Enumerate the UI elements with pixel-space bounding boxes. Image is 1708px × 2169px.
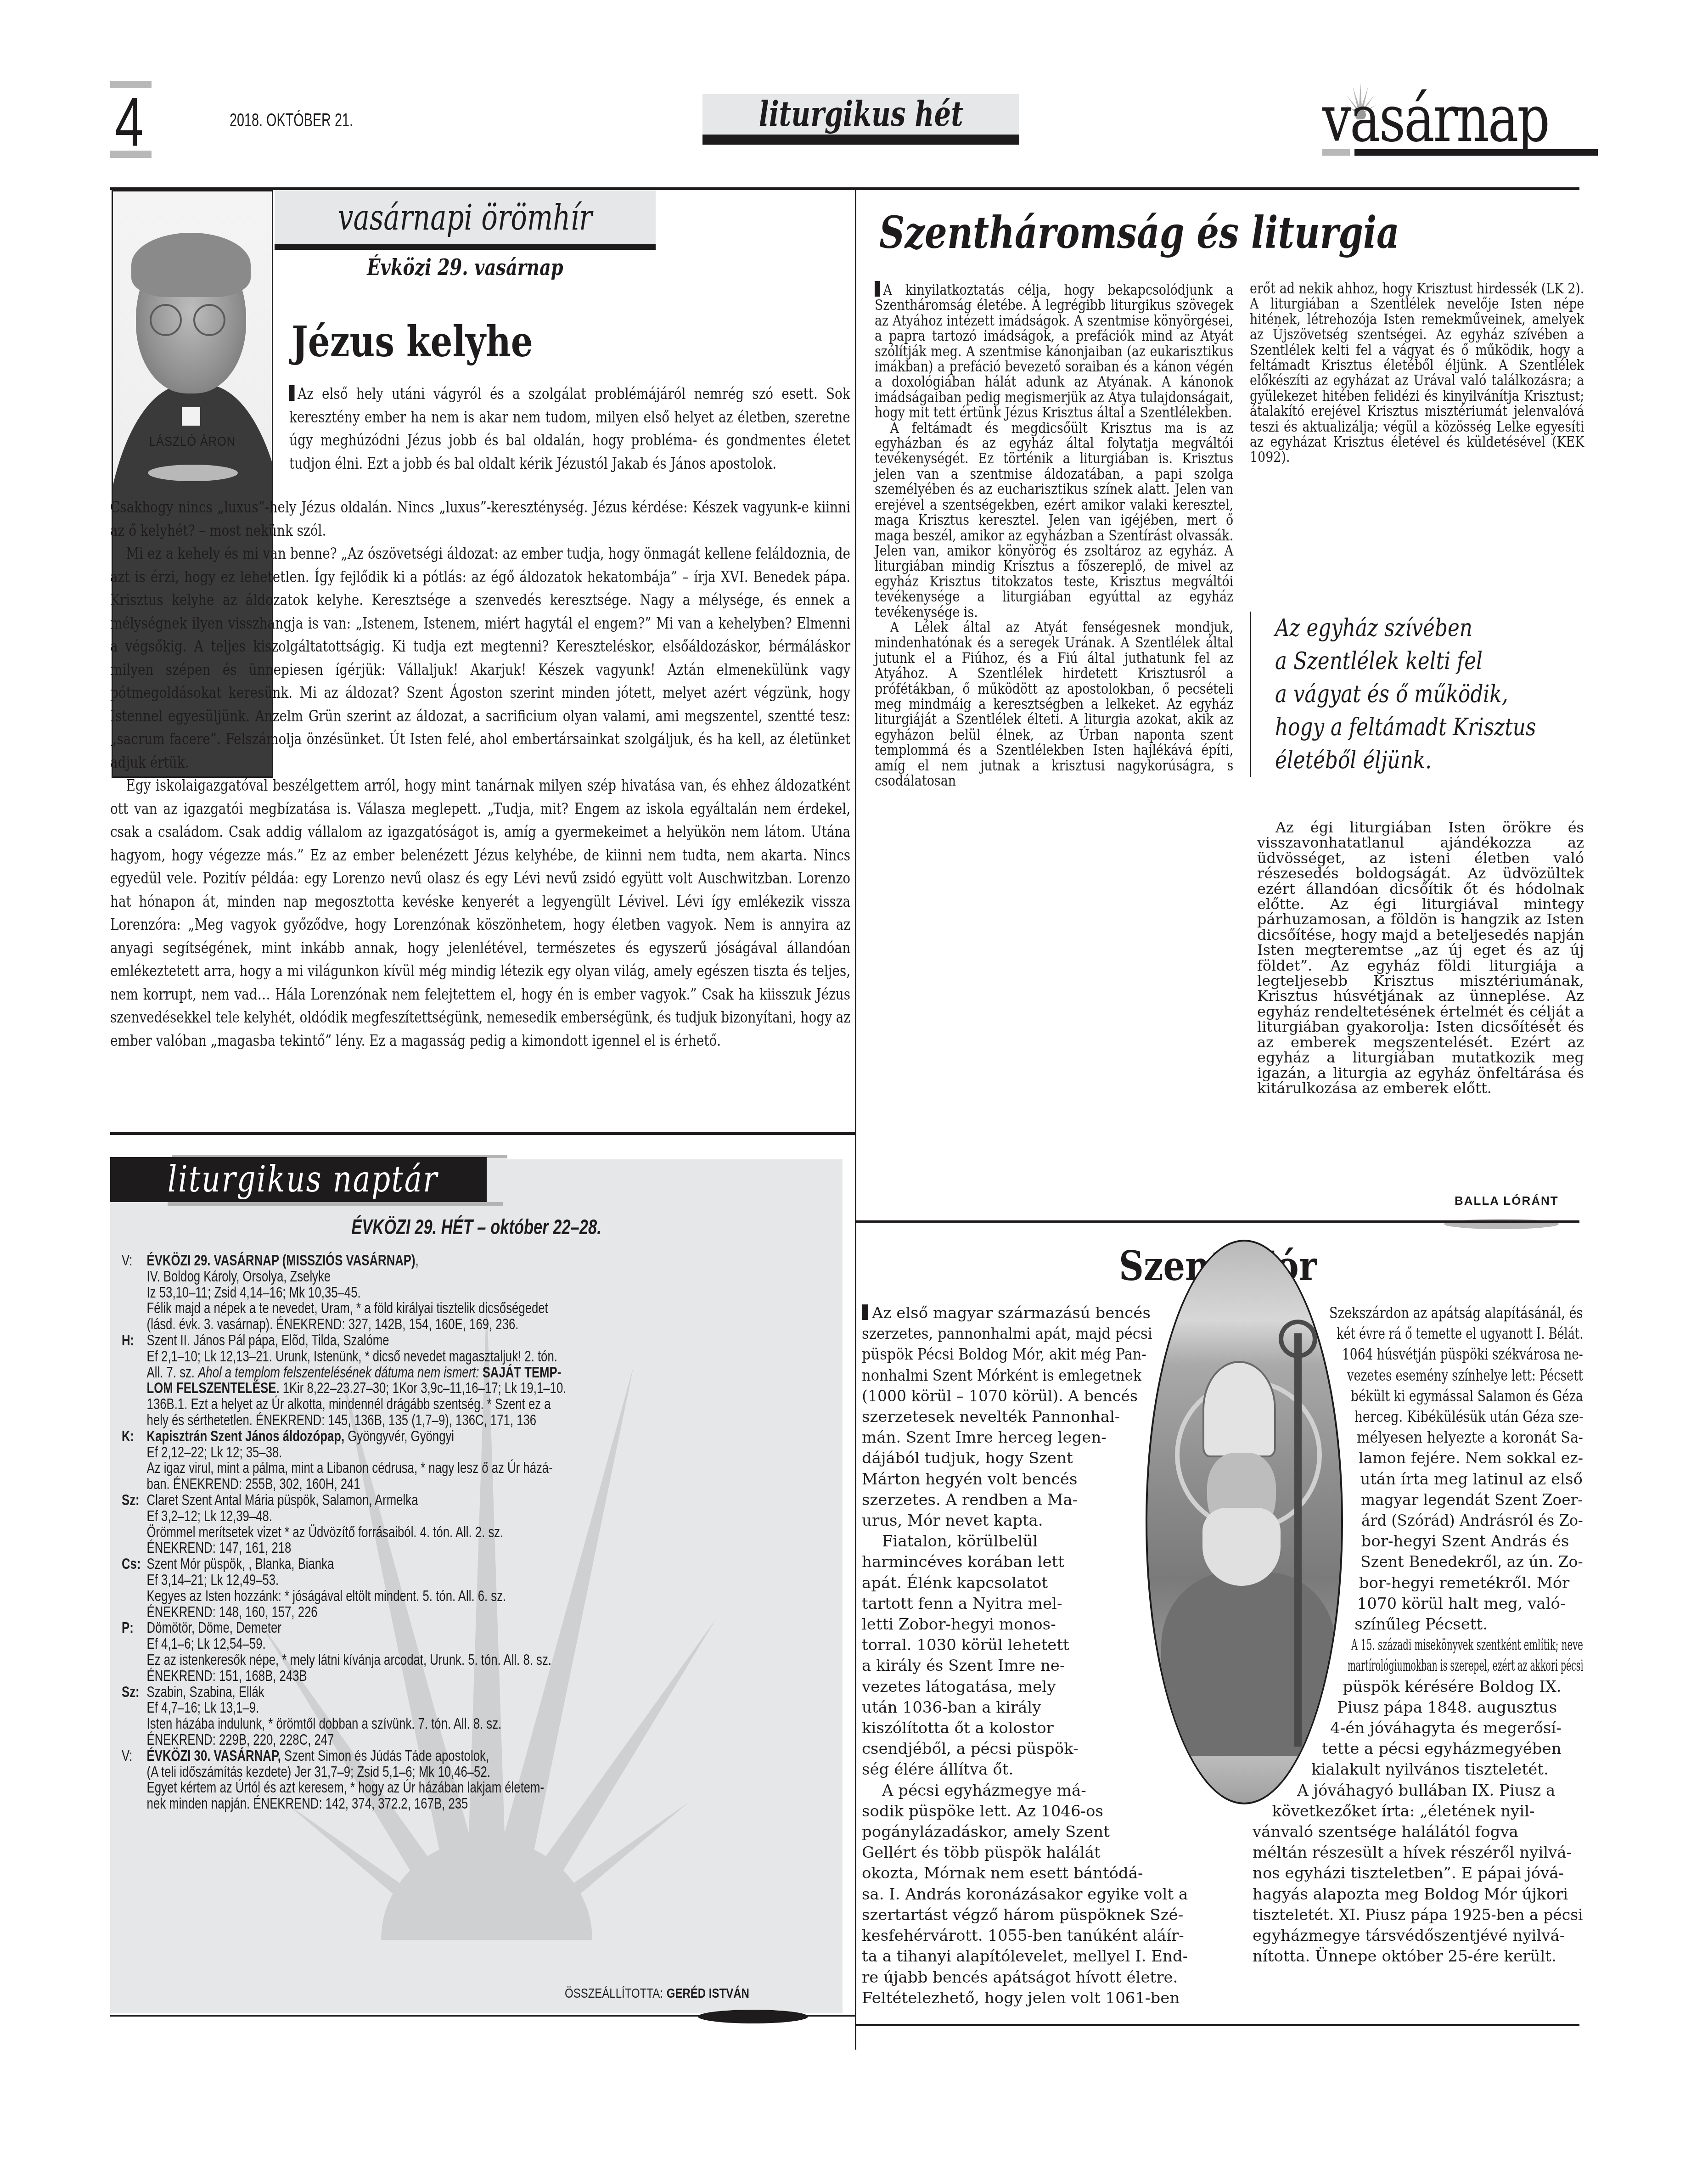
- calendar-entry-text: Dömötör, Döme, DemeterEf 4,1–6; Lk 12,54…: [147, 1620, 551, 1684]
- calendar-entry-text: Szent Mór püspök, , Blanka, BiankaEf 3,1…: [147, 1556, 506, 1620]
- article-line: vezetes látogatása, mely: [862, 1677, 1146, 1697]
- logo-underline: [1354, 149, 1598, 156]
- article-headline: Jézus kelyhe: [292, 317, 533, 366]
- calendar-credit: ÖSSZEÁLLÍTOTTA:GERÉD ISTVÁN: [565, 1986, 749, 2001]
- article-line: színűleg Pécsett.: [1354, 1614, 1583, 1635]
- mor-column-1: Az első magyar származású bencésszerzete…: [862, 1303, 1211, 2009]
- article-paragraph: erőt ad nekik ahhoz, hogy Krisztust hird…: [1250, 281, 1584, 465]
- calendar-line: ÉNEKREND: 147, 161, 218: [147, 1540, 504, 1556]
- article-line: mélyesen helyezte a koronát Sa-: [1357, 1427, 1583, 1448]
- article-line: Feltételezhető, hogy jelen volt 1061-ben: [862, 1988, 1211, 2009]
- article-line: nította. Ünnepe október 25-ére került.: [1253, 1946, 1583, 1967]
- article-paragraph: Az égi liturgiában Isten örökre és vissz…: [1257, 820, 1584, 1096]
- article-line: A 15. századi misekönyvek szentként emlí…: [1351, 1635, 1583, 1656]
- article-line: A pécsi egyházmegye má-: [862, 1781, 1191, 1801]
- article-line: apát. Élénk kapcsolatot: [862, 1573, 1129, 1594]
- calendar-entry: Sz: Szabin, Szabina, EllákEf 4,7–16; Lk …: [122, 1684, 831, 1748]
- liturgical-occasion: Évközi 29. vasárnap: [313, 255, 618, 281]
- calendar-line: Ef 3,2–12; Lk 12,39–48.: [147, 1508, 504, 1524]
- section-label-text: liturgikus hét: [758, 95, 963, 134]
- article-line: tette a pécsi egyházmegyében: [1322, 1739, 1583, 1759]
- mor-column-2: Szekszárdon az apátság alapításánál, ésk…: [1253, 1303, 1583, 1967]
- calendar-line: Kegyes az Isten hozzánk: * jóságával elt…: [147, 1588, 506, 1604]
- calendar-line: ÉVKÖZI 29. VASÁRNAP (MISSZIÓS VASÁRNAP),: [147, 1253, 548, 1269]
- article-line: Fiatalon, körülbelül: [862, 1531, 1128, 1552]
- article-line: árd (Szórád) Andrásról és Zo-: [1361, 1511, 1583, 1531]
- calendar-line: Ef 2,12–22; Lk 12; 35–38.: [147, 1444, 553, 1461]
- article-line: után írta meg latinul az első: [1360, 1469, 1583, 1490]
- issue-date: 2018. OKTÓBER 21.: [230, 110, 353, 131]
- calendar-line: Iz 53,10–11; Zsid 4,14–16; Mk 10,35–45.: [147, 1285, 548, 1301]
- article-line: bor-hegyi remetékről. Mór: [1359, 1573, 1583, 1594]
- article-line: Márton hegyén volt bencés: [862, 1469, 1128, 1490]
- calendar-line: All. 7. sz. Ahol a templom felszentelésé…: [147, 1365, 567, 1381]
- calendar-line: Ef 3,14–21; Lk 12,49–53.: [147, 1572, 506, 1588]
- article-end-rule: [110, 1132, 855, 1135]
- article-line: Szekszárdon az apátság alapításánál, és: [1329, 1303, 1583, 1324]
- calendar-day: H:: [122, 1332, 147, 1428]
- calendar-entry-text: Claret Szent Antal Mária püspök, Salamon…: [147, 1492, 504, 1556]
- calendar-line: ÉVKÖZI 30. VASÁRNAP, Szent Simon és Júdá…: [147, 1748, 545, 1764]
- calendar-line: IV. Boldog Károly, Orsolya, Zselyke: [147, 1269, 548, 1285]
- calendar-line: Ef 2,1–10; Lk 12,13–21. Urunk, Istenünk,…: [147, 1349, 567, 1365]
- logo-underline-accent: [1322, 149, 1350, 156]
- lead-marker-icon: [862, 1304, 868, 1320]
- calendar-line: Egyet kértem az Úrtól és azt keresem, * …: [147, 1780, 545, 1796]
- article-headline-trinity: Szentháromság és liturgia: [879, 207, 1399, 258]
- calendar-line: (lásd. évk. 3. vasárnap). ÉNEKREND: 327,…: [147, 1316, 548, 1332]
- article-paragraph: Egy iskolaigazgatóval beszélgettem arról…: [110, 774, 850, 1052]
- calendar-line: Ez az istenkeresők népe, * mely látni kí…: [147, 1652, 551, 1668]
- article-line: a király és Szent Imre ne-: [862, 1656, 1141, 1676]
- calendar-line: hely és sérthetetlen. ÉNEKREND: 145, 136…: [147, 1412, 567, 1428]
- article-paragraph: A feltámadt és megdicsőült Krisztus ma i…: [875, 421, 1233, 620]
- article-line: sa. I. András koronázásakor egyike volt …: [862, 1884, 1211, 1905]
- calendar-day: V:: [122, 1748, 147, 1812]
- calendar-line: Szent II. János Pál pápa, Elõd, Tilda, S…: [147, 1332, 567, 1349]
- article-line: tartott fenn a Nyitra mel-: [862, 1594, 1131, 1614]
- calendar-title: liturgikus naptár: [110, 1157, 487, 1202]
- calendar-line: Ef 4,7–16; Lk 13,1–9.: [147, 1700, 502, 1716]
- article-line: vezetes esemény színhelye lett: Pécsett: [1347, 1365, 1583, 1386]
- article-line: szerzetes. A rendben a Ma-: [862, 1490, 1128, 1511]
- article-paragraph: Csakhogy nincs „luxus”-hely Jézus oldalá…: [110, 496, 850, 542]
- calendar-end-oval-ornament: [698, 2010, 808, 2023]
- calendar-entry: V: ÉVKÖZI 30. VASÁRNAP, Szent Simon és J…: [122, 1748, 831, 1812]
- calendar-line: Szabin, Szabina, Ellák: [147, 1684, 502, 1700]
- byline: BALLA LÓRÁNT: [1455, 1194, 1559, 1208]
- article-line: hagyás alapozta meg Boldog Mór újkori: [1253, 1884, 1583, 1905]
- article-paragraph: A Lélek által az Atyát fenségesnek mondj…: [875, 620, 1233, 788]
- section-rule: [856, 1220, 1579, 1223]
- article-line: tiszteletét. XI. Piusz pápa 1925-ben a p…: [1253, 1905, 1583, 1926]
- calendar-line: ÉNEKREND: 151, 168B, 243B: [147, 1668, 551, 1684]
- calendar-line: LOM FELSZENTELÉSE. 1Kir 8,22–23.27–30; 1…: [147, 1380, 567, 1396]
- column-kicker: vasárnapi örömhír: [275, 190, 656, 250]
- article-line: után 1036-ban a király: [862, 1697, 1152, 1718]
- calendar-line: Kapisztrán Szent János áldozópap, Gyöngy…: [147, 1428, 553, 1444]
- calendar-title-text: liturgikus naptár: [168, 1159, 438, 1200]
- calendar-line: Az igaz virul, mint a pálma, mint a Liba…: [147, 1460, 553, 1476]
- article-line: letti Zobor-hegyi monos-: [862, 1614, 1134, 1635]
- article-line: kesfehérvárott. 1055-ben tanúként aláír-: [862, 1926, 1211, 1946]
- article-line: vánvaló szentsége halálától fogva: [1253, 1822, 1583, 1843]
- article-line: bor-hegyi Szent András és: [1361, 1531, 1583, 1552]
- article-line: két évre rá ő temette el ugyanott I. Bél…: [1337, 1324, 1583, 1344]
- calendar-line: nek minden napján. ÉNEKREND: 142, 374, 3…: [147, 1796, 545, 1812]
- article-line: herceg. Kibékülésük után Géza sze-: [1354, 1407, 1583, 1427]
- calendar-line: ÉNEKREND: 229B, 220, 228C, 247: [147, 1732, 502, 1748]
- article-line: Gellért és több püspök halálát: [862, 1843, 1211, 1863]
- masthead-logo-text: vasárnap: [1322, 87, 1549, 152]
- article-line: szertartást végző három püspöknek Szé-: [862, 1905, 1211, 1926]
- calendar-day: Sz:: [122, 1684, 147, 1748]
- article-line: püspök kérésére Boldog IX.: [1343, 1677, 1583, 1697]
- column-divider: [855, 190, 856, 2050]
- article-line: okozta, Mórnak nem esett bántódá-: [862, 1863, 1211, 1884]
- calendar-line: ÉNEKREND: 148, 160, 157, 226: [147, 1604, 506, 1620]
- article-line: 1070 körül halt meg, való-: [1357, 1594, 1583, 1614]
- article-line: A jóváhagyó bullában IX. Piusz a: [1297, 1781, 1583, 1801]
- page-number-bar-bottom: [110, 151, 152, 158]
- article-line: lamon fejére. Nem sokkal ez-: [1359, 1448, 1583, 1469]
- column-kicker-text: vasárnapi örömhír: [338, 197, 592, 238]
- article-line: sodik püspöke lett. Az 1046-os: [862, 1801, 1211, 1822]
- section-label: liturgikus hét: [702, 94, 1019, 145]
- calendar-line: (A teli időszámítás kezdete) Jer 31,7–9;…: [147, 1764, 545, 1780]
- article-line: Piusz pápa 1848. augusztus: [1337, 1697, 1583, 1718]
- article-line: csendjéből, a pécsi püspök-: [862, 1739, 1167, 1759]
- article-body: Csakhogy nincs „luxus”-hely Jézus oldalá…: [110, 496, 850, 1052]
- article-line: kiszólította őt a kolostor: [862, 1718, 1158, 1739]
- trinity-column-1: A kinyilatkoztatás célja, hogy bekapcsol…: [875, 281, 1233, 788]
- calendar-entry: V: ÉVKÖZI 29. VASÁRNAP (MISSZIÓS VASÁRNA…: [122, 1253, 831, 1332]
- calendar-line: Félik majd a népek a te nevedet, Uram, *…: [147, 1300, 548, 1316]
- calendar-day: P:: [122, 1620, 147, 1684]
- calendar-day: Cs:: [122, 1556, 147, 1620]
- calendar-entry-text: Kapisztrán Szent János áldozópap, Gyöngy…: [147, 1428, 553, 1492]
- article-line: következőket írta: „életének nyil-: [1272, 1801, 1583, 1822]
- author-oval-ornament: [148, 465, 238, 481]
- calendar-entries: V: ÉVKÖZI 29. VASÁRNAP (MISSZIÓS VASÁRNA…: [122, 1253, 831, 1812]
- calendar-line: Isten házába indulunk, * örömtől dobban …: [147, 1716, 502, 1732]
- article-line: urus, Mór nevet kapta.: [862, 1511, 1127, 1531]
- calendar-entry: K: Kapisztrán Szent János áldozópap, Gyö…: [122, 1428, 831, 1492]
- lead-marker-icon: [875, 281, 880, 297]
- article-line: ta a tihanyi alapítólevelet, mellyel I. …: [862, 1946, 1211, 1967]
- calendar-line: Claret Szent Antal Mária püspök, Salamon…: [147, 1492, 504, 1508]
- article-line: torral. 1030 körül lehetett: [862, 1635, 1137, 1656]
- calendar-entry-text: ÉVKÖZI 29. VASÁRNAP (MISSZIÓS VASÁRNAP),…: [147, 1253, 548, 1332]
- article-line: nonhalmi Szent Mórként is emlegetnek: [862, 1365, 1141, 1386]
- trinity-column-2: erőt ad nekik ahhoz, hogy Krisztust hird…: [1250, 281, 1584, 465]
- calendar-line: 136B.1. Ezt a helyet az Úr alkotta, mind…: [147, 1396, 567, 1412]
- article-paragraph: A kinyilatkoztatás célja, hogy bekapcsol…: [875, 281, 1233, 421]
- calendar-credit-name: GERÉD ISTVÁN: [667, 1986, 749, 2001]
- calendar-entry: H: Szent II. János Pál pápa, Elõd, Tilda…: [122, 1332, 831, 1428]
- calendar-day: Sz:: [122, 1492, 147, 1556]
- calendar-credit-label: ÖSSZEÁLLÍTOTTA:: [565, 1986, 663, 2001]
- article-line: magyar legendát Szent Zoer-: [1361, 1490, 1583, 1511]
- article-line: szerzetes, pannonhalmi apát, majd pécsi: [862, 1324, 1152, 1344]
- article-line: szerzetesek nevelték Pannonhal-: [862, 1407, 1134, 1427]
- article-line: egyházmegye társvédőszentjévé nyilvá-: [1253, 1926, 1583, 1946]
- article-line: harmincéves korában lett: [862, 1552, 1128, 1573]
- calendar-entry-text: Szent II. János Pál pápa, Elõd, Tilda, S…: [147, 1332, 567, 1428]
- calendar-entry-text: Szabin, Szabina, EllákEf 4,7–16; Lk 13,1…: [147, 1684, 502, 1748]
- article-line: püspök Pécsi Boldog Mór, akit még Pan-: [862, 1344, 1146, 1365]
- calendar-line: Örömmel merítsetek vizet * az Üdvözítő f…: [147, 1524, 504, 1540]
- calendar-entry-text: ÉVKÖZI 30. VASÁRNAP, Szent Simon és Júdá…: [147, 1748, 545, 1812]
- article-end-rule: [856, 2024, 1579, 2026]
- calendar-day: K:: [122, 1428, 147, 1492]
- article-line: ség élére állítva őt.: [862, 1759, 1177, 1780]
- article-line: 1064 húsvétján püspöki székvárosa ne-: [1342, 1344, 1583, 1365]
- article-line: Szent Benedekről, az ún. Zo-: [1360, 1552, 1583, 1573]
- article-line: méltán részesült a hívek részéről nyilvá…: [1253, 1843, 1583, 1863]
- article-line: pogánylázadáskor, amely Szent: [862, 1822, 1211, 1843]
- calendar-line: Szent Mór püspök, , Blanka, Bianka: [147, 1556, 506, 1572]
- article-paragraph: Mi ez a kehely és mi van benne? „Az ószö…: [110, 542, 850, 774]
- calendar-entry: Sz: Claret Szent Antal Mária püspök, Sal…: [122, 1492, 831, 1556]
- article-line: martírológiumokban is szerepel, ezért az…: [1348, 1656, 1583, 1676]
- article-line: re újabb bencés apátságot hívott életre.: [862, 1967, 1211, 1988]
- article-line: békült ki egymással Salamon és Géza: [1351, 1386, 1583, 1407]
- calendar-day: V:: [122, 1253, 147, 1332]
- page-number: 4: [115, 87, 144, 156]
- article-line: mán. Szent Imre herceg legen-: [862, 1427, 1132, 1448]
- calendar-entry: Cs: Szent Mór püspök, , Blanka, BiankaEf…: [122, 1556, 831, 1620]
- article-line: Az első magyar származású bencés: [862, 1303, 1159, 1324]
- pull-quote: Az egyház szívében a Szentlélek kelti fe…: [1250, 612, 1584, 777]
- article-line: 4-én jóváhagyta és megerősí-: [1330, 1718, 1583, 1739]
- article-lead-paragraph: Az első hely utáni vágyról és a szolgála…: [289, 382, 850, 475]
- article-line: dájából tudjuk, hogy Szent: [862, 1448, 1130, 1469]
- calendar-line: ban. ÉNEKREND: 255B, 302, 160H, 241: [147, 1476, 553, 1492]
- calendar-line: Dömötör, Döme, Demeter: [147, 1620, 551, 1636]
- calendar-line: Ef 4,1–6; Lk 12,54–59.: [147, 1636, 551, 1652]
- calendar-title-bar-bottom: [168, 1202, 503, 1206]
- calendar-entry: P: Dömötör, Döme, DemeterEf 4,1–6; Lk 12…: [122, 1620, 831, 1684]
- article-line: (1000 körül – 1070 körül). A bencés: [862, 1386, 1138, 1407]
- article-line: kialakult nyilvános tiszteletét.: [1311, 1759, 1583, 1780]
- trinity-column-2-continued: Az égi liturgiában Isten örökre és vissz…: [1257, 820, 1584, 1096]
- lead-marker-icon: [289, 385, 294, 401]
- calendar-week-heading: ÉVKÖZI 29. HÉT – október 22–28.: [202, 1214, 751, 1239]
- masthead-logo: vasárnap: [1322, 73, 1598, 156]
- author-name: LÁSZLÓ ÁRON: [124, 434, 261, 450]
- article-line: nos egyházi tiszteletben”. E pápai jóvá-: [1253, 1863, 1583, 1884]
